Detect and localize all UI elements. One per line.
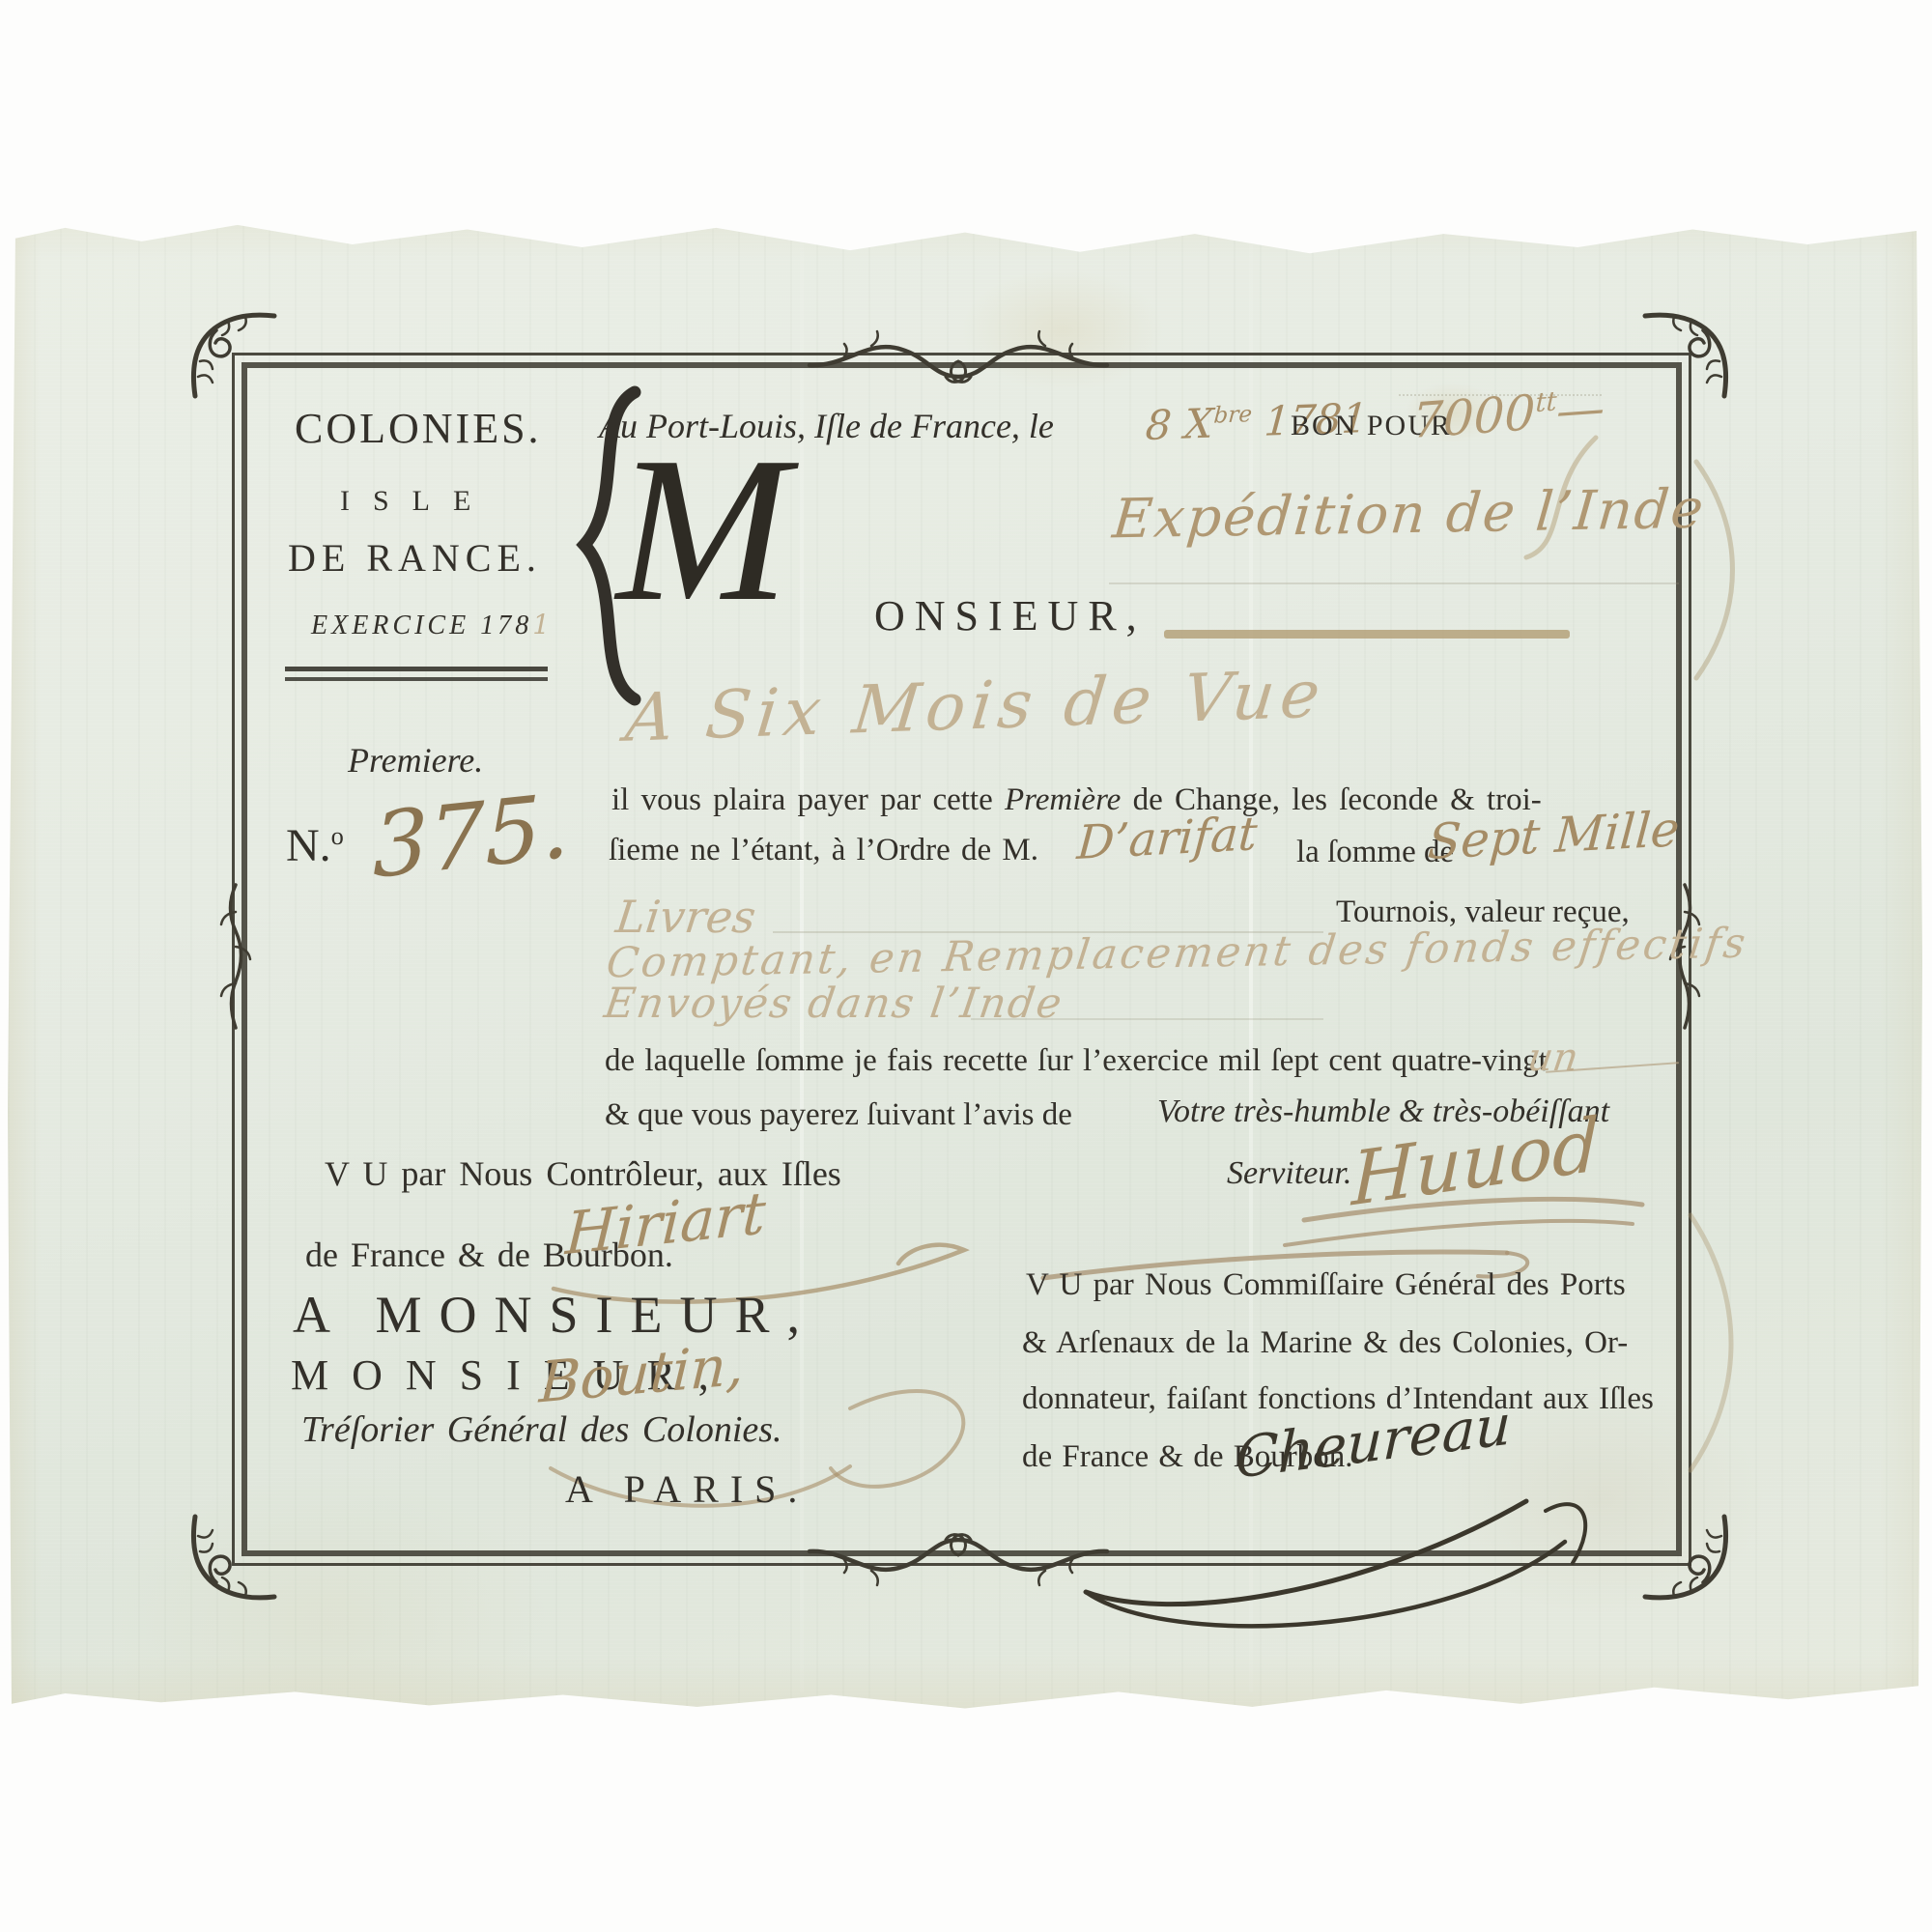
masthead-de-france: DE RANCE. xyxy=(288,535,542,581)
body-line1-pre: il vous plaira payer par cette xyxy=(611,782,1005,817)
commissaire-signature-flourish-icon xyxy=(1043,1488,1623,1671)
place-date-line: Au Port-Louis, Iſle de France, le xyxy=(599,406,1054,446)
commissaire-line1: V U par Nous Commiſſaire Général des Por… xyxy=(1026,1267,1626,1303)
premiere-label: Premiere. xyxy=(348,740,483,781)
offset-ink-arc-icon xyxy=(1681,1207,1758,1478)
salutation-rest: ONSIEUR, xyxy=(874,591,1147,640)
date-day-month: 8 X xyxy=(1144,399,1214,449)
masthead-isle: ISLE xyxy=(340,485,494,518)
payee-handwritten: D’arifat xyxy=(1075,807,1259,870)
border-corner-flourish-icon xyxy=(185,307,282,404)
masthead-rule xyxy=(285,667,548,681)
number-label: N.o xyxy=(286,819,344,872)
border-left-sprig-icon xyxy=(214,879,257,1034)
expedition-ink-rule xyxy=(1164,630,1570,639)
number-handwritten: 375. xyxy=(372,774,571,898)
masthead-exercice: EXERCICE 1781 xyxy=(311,609,554,641)
date-superscript: bre xyxy=(1213,402,1253,428)
blank-fill-line xyxy=(971,1018,1323,1020)
address-tresorier: Tréſorier Général des Colonies. xyxy=(301,1408,782,1451)
commissaire-line2: & Arſenaux de la Marine & des Colonies, … xyxy=(1022,1325,1628,1361)
recette-line: de laquelle ſomme je fais recette ſur l’… xyxy=(605,1043,1548,1079)
amount-livres-mark: tt xyxy=(1535,386,1557,419)
border-corner-flourish-icon xyxy=(185,1509,282,1605)
number-superscript: o xyxy=(331,821,344,850)
recette-year-handwritten: un xyxy=(1525,1036,1581,1080)
value-received-handwritten-2: Envoyés dans l’Inde xyxy=(601,980,1065,1028)
amount-words-cont-handwritten: Livres xyxy=(613,891,759,943)
border-corner-flourish-icon xyxy=(1637,307,1734,404)
salutation-initial: M xyxy=(616,425,789,633)
advice-line: & que vous payerez ſuivant l’avis de xyxy=(605,1097,1072,1133)
expedition-underline xyxy=(1109,582,1679,584)
number-n: N. xyxy=(286,820,331,871)
masthead-colonies: COLONIES. xyxy=(295,404,542,453)
exercice-year-handwritten: 1 xyxy=(532,609,554,640)
body-line1: il vous plaira payer par cette Première … xyxy=(611,782,1542,818)
expedition-handwritten: Expédition de l’Inde xyxy=(1110,478,1707,552)
scanned-document: COLONIES. ISLE DE RANCE. EXERCICE 1781 M… xyxy=(0,0,1932,1932)
address-a-paris: A PARIS. xyxy=(565,1466,809,1512)
offset-ink-arc-icon xyxy=(1689,454,1756,686)
body-line2-start: ſieme ne l’étant, à l’Ordre de M. xyxy=(609,833,1038,868)
border-top-flourish-icon xyxy=(804,321,1113,398)
border-corner-flourish-icon xyxy=(1637,1509,1734,1605)
body-line1-premiere: Première xyxy=(1005,782,1121,817)
exercice-label: EXERCICE 178 xyxy=(311,611,532,640)
